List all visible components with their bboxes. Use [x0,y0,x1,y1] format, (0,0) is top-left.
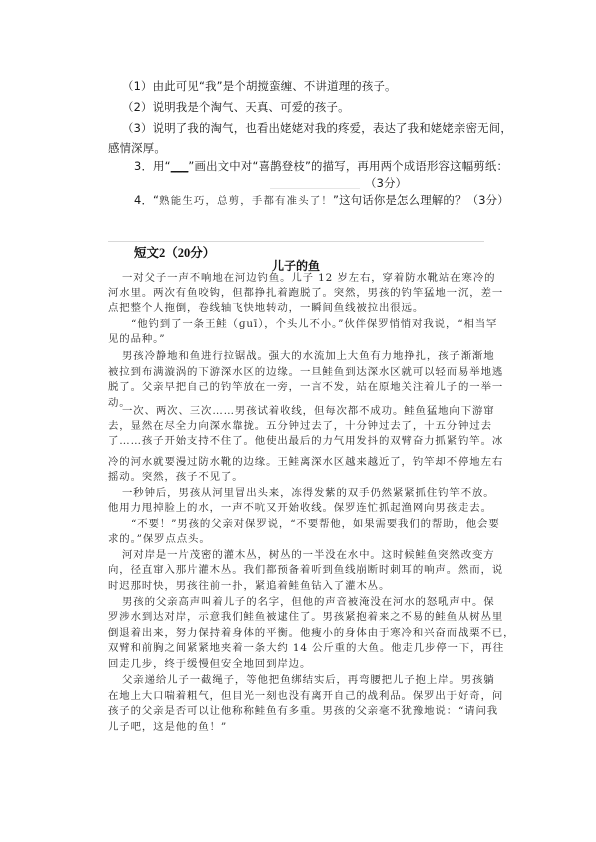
story-line: 见的品种。” [108,333,484,346]
story-line: 冷的河水就要漫过防水靴的边缘。王鲑离深水区越来越近了，钓竿却不停地左右 [108,456,484,469]
story-line: 一次、两次、三次……男孩试着收线，但每次都不成功。鲑鱼猛地向下游窜 [122,405,484,418]
story-line: 双臂和前胸之间紧紧地夹着一条大约 14 公斤重的大鱼。他走几步停一下，再往 [108,642,484,655]
answer-2: （2）说明我是个淘气、天真、可爱的孩子。 [122,100,484,114]
story-line: 时迟那时快，男孩往前一扑，紧追着鲑鱼钻入了灌木丛。 [108,580,484,593]
story-line: 儿子吧，这是他的鱼！” [108,721,484,734]
question-4: 4．“熟能生巧，总剪，手都有准头了！”这句话你是怎么理解的？（3分） [134,193,484,208]
story-line: 一秒钟后，男孩从河里冒出头来，冻得发紫的双手仍然紧紧抓住钓竿不放。 [122,487,484,500]
answer-1: （1）由此可见“我”是个胡搅蛮缠、不讲道理的孩子。 [122,79,484,93]
question-3-blank: ___ [171,159,189,173]
question-4-prefix: 4．“ [134,193,159,207]
story-line: 了……孩子开始支持不住了。他使出最后的力气用发抖的双臂奋力抓紧钓竿。冰 [108,435,484,448]
question-3-prefix: 3．用“ [134,159,171,173]
story-line: 男孩的父亲高声叫着儿子的名字，但他的声音被淹没在河水的怒吼声中。保 [122,596,484,609]
story-line: 在地上大口喘着粗气，但目光一刻也没有离开自己的战利品。保罗出于好奇，问 [108,690,484,703]
story-line: 被拉到布满漩涡的下游深水区的边缘。一旦鲑鱼到达深水区就可以轻而易举地逃 [108,366,484,379]
question-3-score: （3分） [365,176,425,190]
section-heading: 短文2（20分） [134,243,215,261]
question-4-quote: 熟能生巧，总剪，手都有准头了！ [159,195,333,207]
story-line: 罗涉水到达对岸，示意我们鲑鱼被逮住了。男孩紧抱着来之不易的鲑鱼从树丛里 [108,611,484,624]
document-page: （1）由此可见“我”是个胡搅蛮缠、不讲道理的孩子。 （2）说明我是个淘气、天真、… [0,0,596,842]
answer-3-line-1: （3）说明了我的淘气，也看出姥姥对我的疼爱，表达了我和姥姥亲密无间， [122,121,484,135]
story-line: 河对岸是一片茂密的灌木丛，树丛的一半没在水中。这时候鲑鱼突然改变方 [122,549,484,562]
story-line: 一对父子一声不响地在河边钓鱼。儿子 12 岁左右，穿着防水靴站在寒冷的 [122,272,484,285]
question-3-suffix: ”画出文中对“喜鹊登枝”的描写，再用两个成语形容这幅剪纸： [188,159,508,173]
section-divider [108,241,484,242]
story-line: “他钓到了一条王鲑（ɡuī），个头儿不小。”伙伴保罗悄悄对我说，“相当罕 [131,318,484,331]
story-line: 男孩冷静地和鱼进行拉锯战。强大的水流加上大鱼有力地挣扎，孩子渐渐地 [122,350,484,363]
question-3: 3．用“___”画出文中对“喜鹊登枝”的描写，再用两个成语形容这幅剪纸： [134,159,484,173]
story-line: 回走几步，终于缓慢但安全地回到岸边。 [108,658,484,671]
story-line: 孩子的父亲是否可以让他称称鲑鱼有多重。男孩的父亲毫不犹豫地说：“请问我 [108,705,484,718]
story-line: 父亲递给儿子一截绳子，等他把鱼绑结实后，再弯腰把儿子抱上岸。男孩躺 [122,674,484,687]
story-line: 点把整个人拖倒，卷线轴飞快地转动，一瞬间鱼线被拉出很远。 [108,302,484,315]
answer-blank-line [270,188,360,189]
story-line: 倒退着出来，努力保持着身体的平衡。他瘦小的身体由于寒冷和兴奋而战栗不已， [108,627,484,640]
story-line: 去，显然在尽全力向深水靠拢。五分钟过去了，十分钟过去了，十五分钟过去 [108,420,484,433]
story-line: “不要！”男孩的父亲对保罗说，“不要帮他，如果需要我们的帮助，他会要 [131,518,484,531]
story-line: 向，径直窜入那片灌木丛。我们都预备着听到鱼线崩断时刺耳的响声。然而，说 [108,564,484,577]
story-line: 河水里。两次有鱼咬钩，但都挣扎着跑脱了。突然，男孩的钓竿猛地一沉，差一 [108,287,484,300]
question-4-suffix: ”这句话你是怎么理解的？（3分） [333,193,509,207]
story-line: 他用力甩掉脸上的水，一声不吭又开始收线。保罗连忙抓起渔网向男孩走去。 [108,502,484,515]
story-line: 脱了。父亲早把自己的钓竿放在一旁，一言不发，站在原地关注着儿子的一举一 [108,381,484,394]
story-line: 摇动。突然，孩子不见了。 [108,471,484,484]
story-line: 求的。”保罗点点头。 [108,533,484,546]
answer-3-line-2: 感情深厚。 [108,141,484,155]
